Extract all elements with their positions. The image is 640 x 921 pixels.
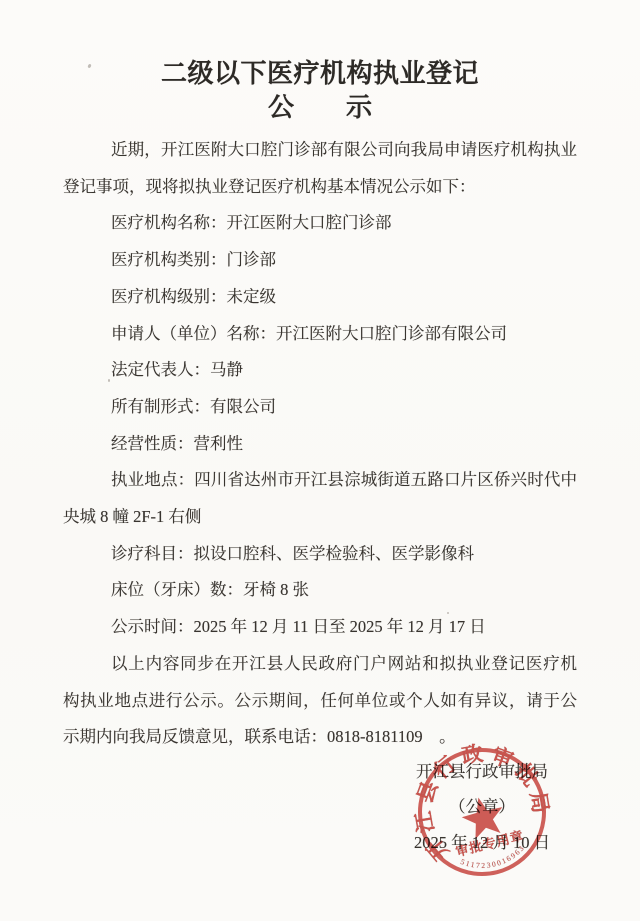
document-title: 二级以下医疗机构执业登记: [0, 0, 640, 91]
text-line: 医疗机构级别：未定级: [63, 279, 577, 316]
text-line: 执业地点：四川省达州市开江县淙城街道五路口片区侨兴时代中: [63, 462, 577, 499]
scan-speck: [447, 612, 449, 614]
text-line: 诊疗科目：拟设口腔科、医学检验科、医学影像科: [63, 536, 577, 573]
text-line: 床位（牙床）数：牙椅 8 张: [63, 572, 577, 609]
text-line: 公示时间：2025 年 12 月 11 日至 2025 年 12 月 17 日: [63, 609, 577, 646]
document-body: 近期，开江医附大口腔门诊部有限公司向我局申请医疗机构执业登记事项，现将拟执业登记…: [63, 132, 577, 756]
document-subtitle: 公 示: [0, 91, 640, 125]
text-line: 以上内容同步在开江县人民政府门户网站和拟执业登记医疗机: [63, 646, 577, 683]
text-line: 所有制形式：有限公司: [63, 389, 577, 426]
text-line: 央城 8 幢 2F-1 右侧: [63, 499, 577, 536]
scan-speck: [108, 379, 110, 382]
text-line: 构执业地点进行公示。公示期间，任何单位或个人如有异议，请于公: [63, 683, 577, 720]
text-line: 登记事项，现将拟执业登记医疗机构基本情况公示如下：: [63, 169, 577, 206]
scanned-notice-page: 二级以下医疗机构执业登记 公 示 近期，开江医附大口腔门诊部有限公司向我局申请医…: [0, 0, 640, 921]
text-line: 经营性质：营利性: [63, 426, 577, 463]
text-line: 申请人（单位）名称：开江医附大口腔门诊部有限公司: [63, 316, 577, 353]
text-line: 医疗机构类别：门诊部: [63, 242, 577, 279]
text-line: 近期，开江医附大口腔门诊部有限公司向我局申请医疗机构执业: [63, 132, 577, 169]
text-line: 法定代表人：马静: [63, 352, 577, 389]
text-line: 医疗机构名称：开江医附大口腔门诊部: [63, 205, 577, 242]
seal-label: 审批专用章: [454, 828, 526, 859]
